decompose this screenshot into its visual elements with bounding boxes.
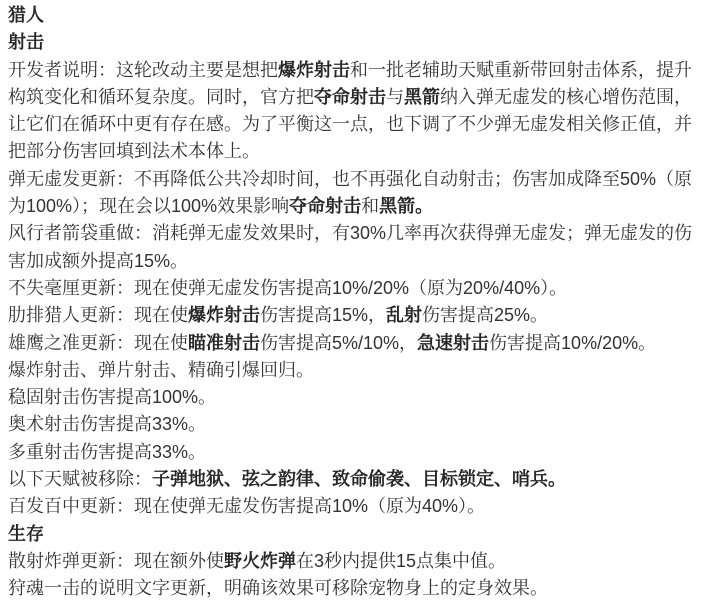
heading-survival: 生存 <box>8 521 699 548</box>
removed-talents-bold-segment: 子弹地狱、弦之韵律、致命偷袭、目标锁定、哨兵。 <box>152 469 566 489</box>
arcane-shot-buff: 奥术射击伤害提高33%。 <box>8 411 699 438</box>
heading-marksmanship-bold-segment: 射击 <box>8 32 44 52</box>
bullseye-update: 百发百中更新：现在使弹无虚发伤害提高10%（原为40%）。 <box>8 493 699 520</box>
trick-shots-update-text-segment: 和 <box>361 196 379 216</box>
rib-hunter-update-text-segment: 伤害提高15%， <box>260 305 386 325</box>
arcane-shot-buff-text-segment: 奥术射击伤害提高33%。 <box>8 414 206 434</box>
removed-talents: 以下天赋被移除：子弹地狱、弦之韵律、致命偷袭、目标锁定、哨兵。 <box>8 466 699 493</box>
windrunner-quiver-rework: 风行者箭袋重做：消耗弹无虚发效果时，有30%几率再次获得弹无虚发；弹无虚发的伤害… <box>8 220 699 275</box>
rib-hunter-update-text-segment: 肋排猎人更新：现在使 <box>8 305 188 325</box>
returning-abilities: 爆炸射击、弹片射击、精确引爆回归。 <box>8 357 699 384</box>
rib-hunter-update-bold-segment: 爆炸射击 <box>188 305 260 325</box>
eagles-accuracy-update-text-segment: 雄鹰之准更新：现在使 <box>8 333 188 353</box>
dev-note-text-segment: 开发者说明：这轮改动主要是想把 <box>8 60 278 80</box>
trick-shots-update-bold-segment: 黑箭。 <box>379 196 433 216</box>
multi-shot-buff-text-segment: 多重射击伤害提高33%。 <box>8 442 206 462</box>
dev-note-text-segment: 与 <box>386 87 404 107</box>
steady-shot-buff: 稳固射击伤害提高100%。 <box>8 384 699 411</box>
rib-hunter-update-bold-segment: 乱射 <box>386 305 422 325</box>
trick-shots-update-bold-segment: 夺命射击 <box>289 196 361 216</box>
scatter-bomb-update-text-segment: 在3秒内提供15点集中值。 <box>296 551 506 571</box>
rib-hunter-update-text-segment: 伤害提高25%。 <box>422 305 548 325</box>
rib-hunter-update: 肋排猎人更新：现在使爆炸射击伤害提高15%，乱射伤害提高25%。 <box>8 302 699 329</box>
heading-marksmanship: 射击 <box>8 29 699 56</box>
steady-shot-buff-text-segment: 稳固射击伤害提高100%。 <box>8 387 216 407</box>
dev-note: 开发者说明：这轮改动主要是想把爆炸射击和一批老辅助天赋重新带回射击体系，提升构筑… <box>8 57 699 166</box>
eagles-accuracy-update-bold-segment: 瞄准射击 <box>188 333 260 353</box>
heading-survival-bold-segment: 生存 <box>8 524 44 544</box>
multi-shot-buff: 多重射击伤害提高33%。 <box>8 439 699 466</box>
eagles-accuracy-update: 雄鹰之准更新：现在使瞄准射击伤害提高5%/10%，急速射击伤害提高10%/20%… <box>8 330 699 357</box>
returning-abilities-text-segment: 爆炸射击、弹片射击、精确引爆回归。 <box>8 360 314 380</box>
unerring-vision-update: 不失毫厘更新：现在使弹无虚发伤害提高10%/20%（原为20%/40%）。 <box>8 275 699 302</box>
dev-note-bold-segment: 黑箭 <box>404 87 440 107</box>
scatter-bomb-update: 散射炸弹更新：现在额外使野火炸弹在3秒内提供15点集中值。 <box>8 548 699 575</box>
soul-shot-tooltip-update-text-segment: 狩魂一击的说明文字更新，明确该效果可移除宠物身上的定身效果。 <box>8 578 548 598</box>
bullseye-update-text-segment: 百发百中更新：现在使弹无虚发伤害提高10%（原为40%）。 <box>8 496 485 516</box>
eagles-accuracy-update-text-segment: 伤害提高5%/10%， <box>260 333 417 353</box>
scatter-bomb-update-bold-segment: 野火炸弹 <box>224 551 296 571</box>
removed-talents-text-segment: 以下天赋被移除： <box>8 469 152 489</box>
unerring-vision-update-text-segment: 不失毫厘更新：现在使弹无虚发伤害提高10%/20%（原为20%/40%）。 <box>8 278 567 298</box>
dev-note-bold-segment: 夺命射击 <box>314 87 386 107</box>
patch-notes-article: 猎人射击开发者说明：这轮改动主要是想把爆炸射击和一批老辅助天赋重新带回射击体系，… <box>0 0 708 603</box>
soul-shot-tooltip-update: 狩魂一击的说明文字更新，明确该效果可移除宠物身上的定身效果。 <box>8 575 699 602</box>
trick-shots-update: 弹无虚发更新：不再降低公共冷却时间，也不再强化自动射击；伤害加成降至50%（原为… <box>8 166 699 221</box>
windrunner-quiver-rework-text-segment: 风行者箭袋重做：消耗弹无虚发效果时，有30%几率再次获得弹无虚发；弹无虚发的伤害… <box>8 223 692 270</box>
eagles-accuracy-update-bold-segment: 急速射击 <box>417 333 489 353</box>
heading-hunter: 猎人 <box>8 2 699 29</box>
dev-note-bold-segment: 爆炸射击 <box>278 60 350 80</box>
scatter-bomb-update-text-segment: 散射炸弹更新：现在额外使 <box>8 551 224 571</box>
eagles-accuracy-update-text-segment: 伤害提高10%/20%。 <box>489 333 656 353</box>
heading-hunter-bold-segment: 猎人 <box>8 5 44 25</box>
